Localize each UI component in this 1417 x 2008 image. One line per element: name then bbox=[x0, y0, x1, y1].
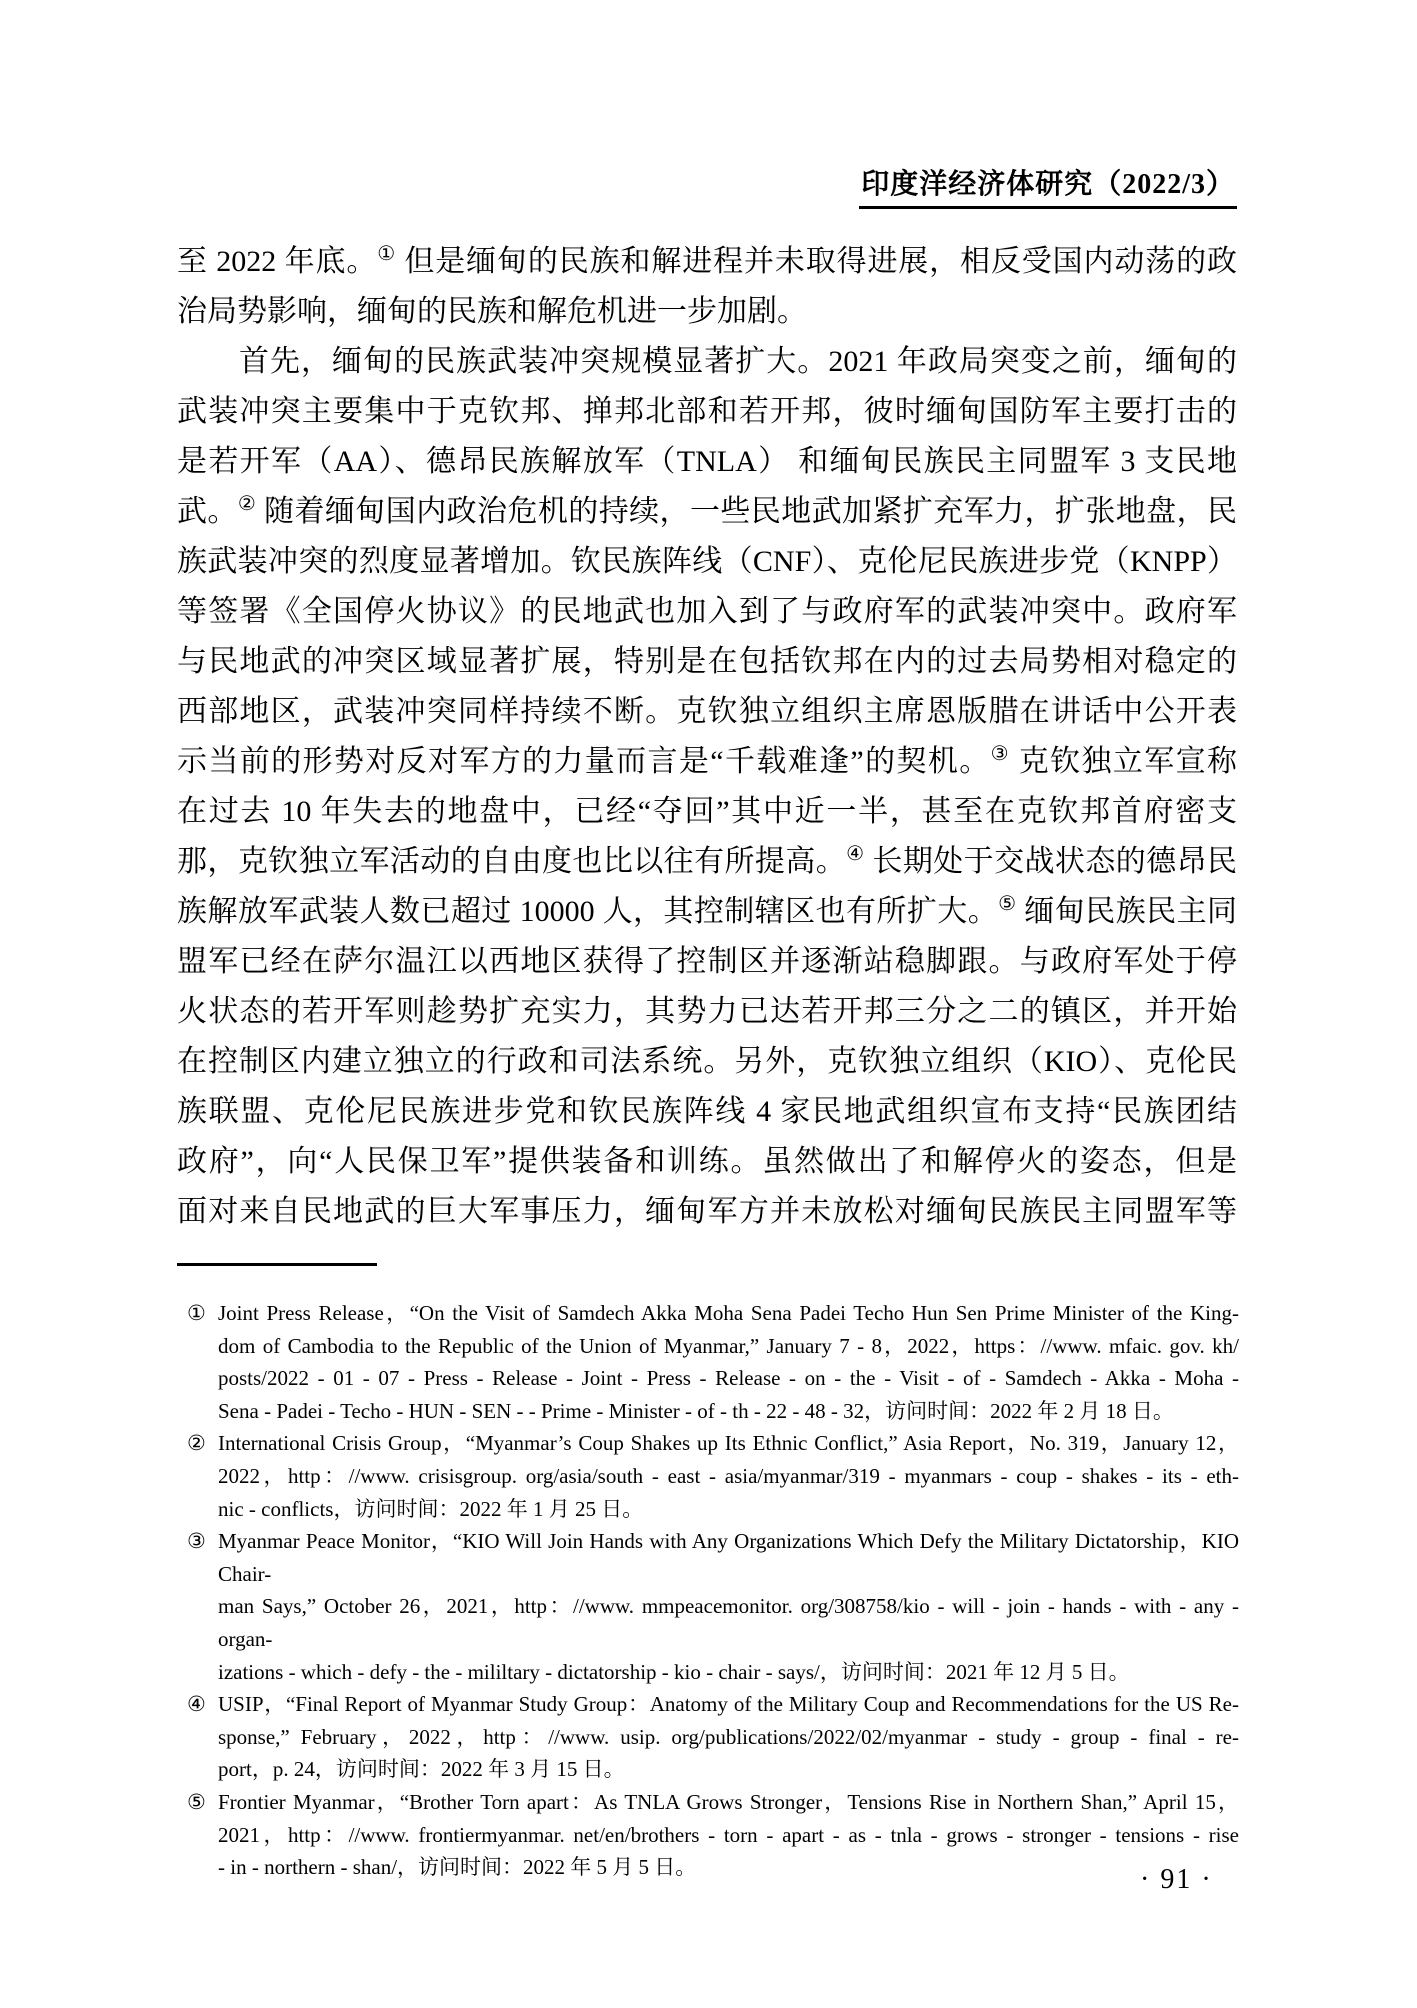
footnote-line: Frontier Myanmar，“Brother Torn apart：As … bbox=[218, 1786, 1239, 1819]
body-line: 族解放军武装人数已超过 10000 人，其控制辖区也有所扩大。⑤ 缅甸民族民主同 bbox=[177, 887, 1237, 937]
body-line: 是若开军（AA）、德昂民族解放军（TNLA） 和缅甸民族民主同盟军 3 支民地 bbox=[177, 437, 1237, 487]
journal-page: 印度洋经济体研究（2022/3） 至 2022 年底。① 但是缅甸的民族和解进程… bbox=[0, 0, 1417, 2008]
footnote-text: Myanmar Peace Monitor，“KIO Will Join Han… bbox=[218, 1525, 1239, 1688]
footnote-ref: ⑤ bbox=[998, 893, 1016, 915]
body-line: 武装冲突主要集中于克钦邦、掸邦北部和若开邦，彼时缅甸国防军主要打击的 bbox=[177, 387, 1237, 437]
footnotes: ① Joint Press Release，“On the Visit of S… bbox=[187, 1297, 1239, 1884]
footnote-marker: ③ bbox=[187, 1525, 206, 1558]
running-head-journal-title: 印度洋经济体研究（2022/3） bbox=[859, 162, 1237, 209]
footnote-line: Joint Press Release，“On the Visit of Sam… bbox=[218, 1297, 1239, 1330]
footnote-line: Sena - Padei - Techo - HUN - SEN - - Pri… bbox=[218, 1395, 1239, 1428]
footnote-item: ② International Crisis Group，“Myanmar’s … bbox=[187, 1427, 1239, 1525]
body-line: 至 2022 年底。① 但是缅甸的民族和解进程并未取得进展，相反受国内动荡的政 bbox=[177, 237, 1237, 287]
footnote-line: International Crisis Group，“Myanmar’s Co… bbox=[218, 1427, 1239, 1460]
footnote-line: port，p. 24，访问时间：2022 年 3 月 15 日。 bbox=[218, 1753, 1239, 1786]
body-line: 首先，缅甸的民族武装冲突规模显著扩大。2021 年政局突变之前，缅甸的 bbox=[177, 337, 1237, 387]
footnote-line: 2021，http：//www. frontiermyanmar. net/en… bbox=[218, 1819, 1239, 1852]
body-line: 等签署《全国停火协议》的民地武也加入到了与政府军的武装冲突中。政府军 bbox=[177, 587, 1237, 637]
body-line: 在过去 10 年失去的地盘中，已经“夺回”其中近一半，甚至在克钦邦首府密支 bbox=[177, 787, 1237, 837]
footnote-text: Frontier Myanmar，“Brother Torn apart：As … bbox=[218, 1786, 1239, 1884]
footnote-line: - in - northern - shan/，访问时间：2022 年 5 月 … bbox=[218, 1851, 1239, 1884]
body-line: 盟军已经在萨尔温江以西地区获得了控制区并逐渐站稳脚跟。与政府军处于停 bbox=[177, 937, 1237, 987]
footnote-line: sponse,” February，2022，http：//www. usip.… bbox=[218, 1721, 1239, 1754]
body-line: 与民地武的冲突区域显著扩展，特别是在包括钦邦在内的过去局势相对稳定的 bbox=[177, 637, 1237, 687]
footnote-text: Joint Press Release，“On the Visit of Sam… bbox=[218, 1297, 1239, 1427]
article-body: 至 2022 年底。① 但是缅甸的民族和解进程并未取得进展，相反受国内动荡的政治… bbox=[177, 237, 1237, 1237]
footnote-text: USIP，“Final Report of Myanmar Study Grou… bbox=[218, 1688, 1239, 1786]
footnote-line: Myanmar Peace Monitor，“KIO Will Join Han… bbox=[218, 1525, 1239, 1590]
footnote-line: man Says,” October 26，2021，http：//www. m… bbox=[218, 1590, 1239, 1655]
body-line: 族联盟、克伦尼民族进步党和钦民族阵线 4 家民地武组织宣布支持“民族团结 bbox=[177, 1087, 1237, 1137]
body-line: 那，克钦独立军活动的自由度也比以往有所提高。④ 长期处于交战状态的德昂民 bbox=[177, 837, 1237, 887]
page-number: · 91 · bbox=[1140, 1864, 1213, 1896]
body-line: 火状态的若开军则趁势扩充实力，其势力已达若开邦三分之二的镇区，并开始 bbox=[177, 987, 1237, 1037]
footnote-marker: ⑤ bbox=[187, 1786, 206, 1819]
footnote-line: dom of Cambodia to the Republic of the U… bbox=[218, 1330, 1239, 1363]
body-line: 政府”，向“人民保卫军”提供装备和训练。虽然做出了和解停火的姿态，但是 bbox=[177, 1137, 1237, 1187]
body-line: 族武装冲突的烈度显著增加。钦民族阵线（CNF）、克伦尼民族进步党（KNPP） bbox=[177, 537, 1237, 587]
body-line: 面对来自民地武的巨大军事压力，缅甸军方并未放松对缅甸民族民主同盟军等 bbox=[177, 1187, 1237, 1237]
footnote-marker: ① bbox=[187, 1297, 206, 1330]
footnote-line: USIP，“Final Report of Myanmar Study Grou… bbox=[218, 1688, 1239, 1721]
footnote-ref: ③ bbox=[991, 743, 1010, 765]
footnote-item: ⑤ Frontier Myanmar，“Brother Torn apart：A… bbox=[187, 1786, 1239, 1884]
footnote-item: ③ Myanmar Peace Monitor，“KIO Will Join H… bbox=[187, 1525, 1239, 1688]
footnote-text: International Crisis Group，“Myanmar’s Co… bbox=[218, 1427, 1239, 1525]
footnote-ref: ① bbox=[377, 243, 396, 265]
footnote-item: ① Joint Press Release，“On the Visit of S… bbox=[187, 1297, 1239, 1427]
footnote-divider bbox=[177, 1263, 377, 1266]
footnote-line: izations - which - defy - the - mililtar… bbox=[218, 1656, 1239, 1689]
footnote-item: ④ USIP，“Final Report of Myanmar Study Gr… bbox=[187, 1688, 1239, 1786]
body-line: 武。② 随着缅甸国内政治危机的持续，一些民地武加紧扩充军力，扩张地盘，民 bbox=[177, 487, 1237, 537]
footnote-line: 2022，http：//www. crisisgroup. org/asia/s… bbox=[218, 1460, 1239, 1493]
body-line: 西部地区，武装冲突同样持续不断。克钦独立组织主席恩版腊在讲话中公开表 bbox=[177, 687, 1237, 737]
footnote-ref: ④ bbox=[846, 843, 864, 865]
body-line: 在控制区内建立独立的行政和司法系统。另外，克钦独立组织（KIO）、克伦民 bbox=[177, 1037, 1237, 1087]
footnote-ref: ② bbox=[238, 493, 256, 515]
footnote-marker: ④ bbox=[187, 1688, 206, 1721]
footnote-marker: ② bbox=[187, 1427, 206, 1460]
body-line: 示当前的形势对反对军方的力量而言是“千载难逢”的契机。③ 克钦独立军宣称 bbox=[177, 737, 1237, 787]
body-line: 治局势影响，缅甸的民族和解危机进一步加剧。 bbox=[177, 287, 1237, 337]
footnote-line: posts/2022 - 01 - 07 - Press - Release -… bbox=[218, 1362, 1239, 1395]
footnote-line: nic - conflicts，访问时间：2022 年 1 月 25 日。 bbox=[218, 1493, 1239, 1526]
